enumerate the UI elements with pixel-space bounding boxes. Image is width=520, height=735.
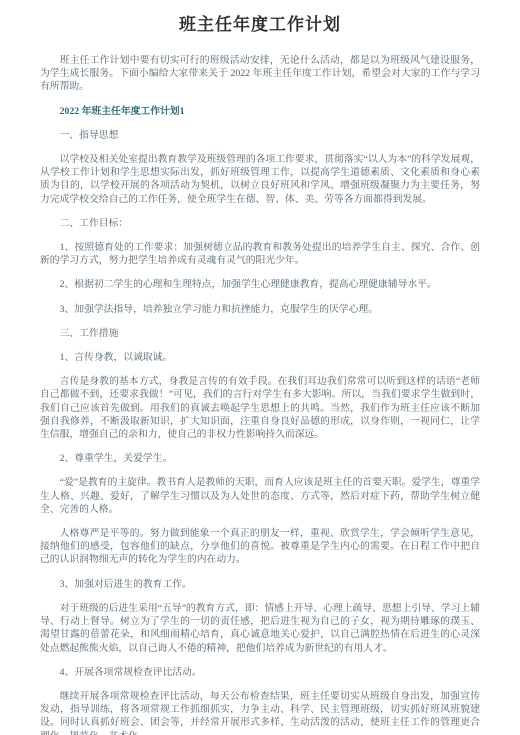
subtitle-heading: 2022 年班主任年度工作计划1 <box>40 105 480 118</box>
list-item-heading: 2、尊重学生，关爱学生。 <box>40 452 480 465</box>
paragraph: 以学校及相关处室提出教育教学及班级管理的各项工作要求，贯彻落实“以人为本”的科学… <box>40 153 480 206</box>
list-item-heading: 4、开展各项常规检查评比活动。 <box>40 666 480 679</box>
list-item-heading: 1、言传身教，以诚取诚。 <box>40 351 480 364</box>
document-page: 班主任年度工作计划 班主任工作计划中要有切实可行的班级活动安排，无论什么活动，都… <box>0 0 520 735</box>
paragraph: “爱”是教育的主旋律。教书育人是教师的天职，而育人应该是班主任的首要天职。爱学生… <box>40 476 480 516</box>
paragraph: 言传是身教的基本方式，身教是言传的有效手段。在我们耳边我们常常可以听到这样的话语… <box>40 375 480 441</box>
paragraph: 对于班级的后进生采用“五导”的教育方式，即：情感上开导、心理上疏导、思想上引导、… <box>40 602 480 655</box>
document-body: 班主任工作计划中要有切实可行的班级活动安排，无论什么活动，都是以为班级风气建设服… <box>40 54 480 735</box>
list-item-heading: 3、加强对后进生的教育工作。 <box>40 578 480 591</box>
section-heading: 一、指导思想 <box>40 129 480 142</box>
section-heading: 三、工作措施 <box>40 327 480 340</box>
paragraph: 继续开展各项常规检查评比活动，每天公布检查结果，班主任要切实从班级自身出发，加强… <box>40 690 480 735</box>
list-item-heading: 3、加强学法指导，培养独立学习能力和抗挫能力，克服学生的厌学心理。 <box>40 303 480 316</box>
list-item-heading: 2、根据初二学生的心理和生理特点，加强学生心理健康教育，提高心理健康辅导水平。 <box>40 278 480 291</box>
paragraph: 班主任工作计划中要有切实可行的班级活动安排，无论什么活动，都是以为班级风气建设服… <box>40 54 480 94</box>
document-title: 班主任年度工作计划 <box>40 12 480 38</box>
list-item-heading: 1、按照德育处的工作要求：加强树德立品的教育和教务处提出的培养学生自主、探究、合… <box>40 241 480 267</box>
section-heading: 二、工作目标： <box>40 217 480 230</box>
paragraph: 人格尊严是平等的。努力做到能象一个真正的朋友一样，重视、欣赏学生，学会倾听学生意… <box>40 527 480 567</box>
